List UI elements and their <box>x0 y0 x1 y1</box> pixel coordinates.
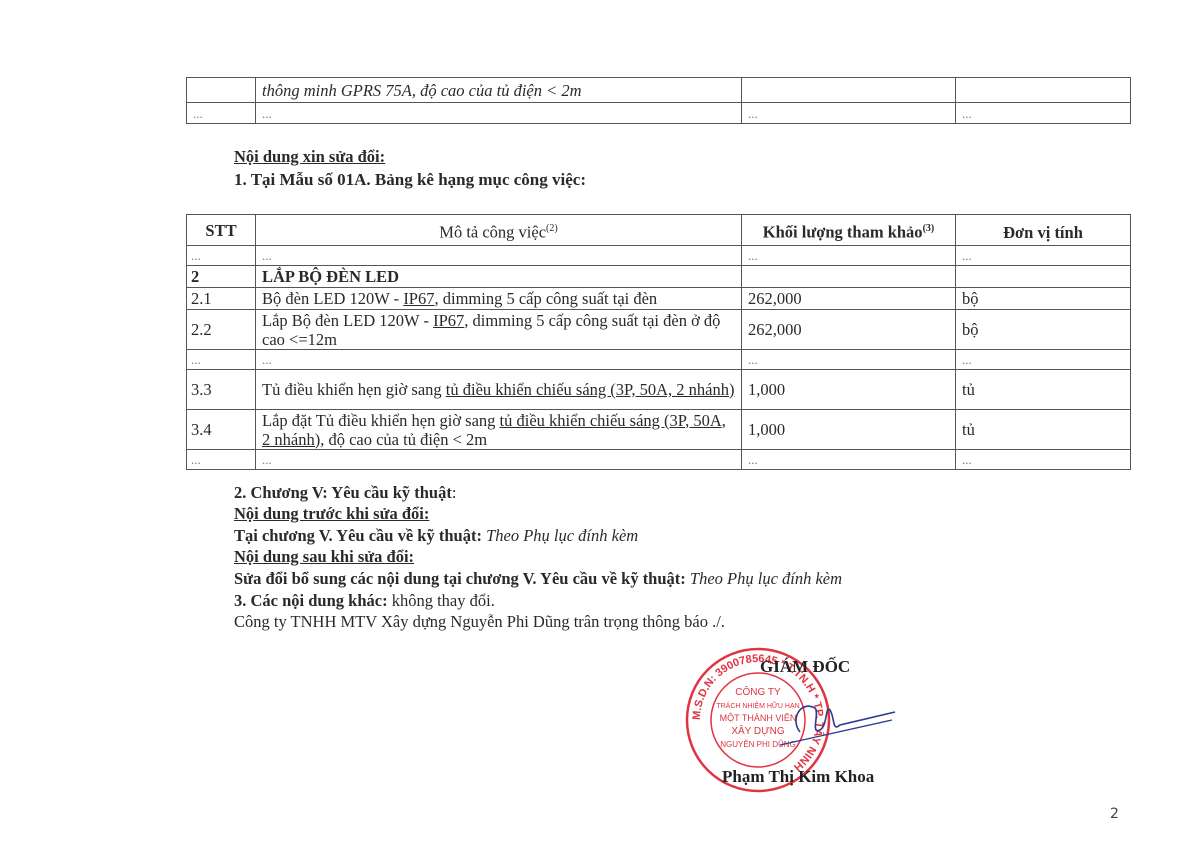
quantity-cell: ... <box>742 450 956 470</box>
table-row: 3.3 Tủ điều khiển hẹn giờ sang tủ điều k… <box>187 370 1131 410</box>
work-items-table: STT Mô tả công việc(2) Khối lượng tham k… <box>186 214 1131 470</box>
description-cell: Lắp đặt Tủ điều khiển hẹn giờ sang tủ đi… <box>256 410 742 450</box>
description-cell: ... <box>256 103 742 124</box>
item3-text: 3. Các nội dung khác: không thay đổi. <box>234 590 495 612</box>
header-quantity: Khối lượng tham khảo(3) <box>742 215 956 246</box>
signature-icon <box>760 690 900 750</box>
unit-cell: ... <box>956 350 1131 370</box>
signatory-name: Phạm Thị Kim Khoa <box>722 767 874 787</box>
page-number: 2 <box>1110 806 1119 822</box>
quantity-cell: ... <box>742 246 956 266</box>
before-change-heading: Nội dung trước khi sửa đổi: <box>234 503 429 525</box>
quantity-cell: 262,000 <box>742 288 956 310</box>
quantity-cell: 1,000 <box>742 410 956 450</box>
unit-cell: ... <box>956 103 1131 124</box>
after-change-text: Sửa đổi bổ sung các nội dung tại chương … <box>234 568 842 590</box>
description-cell: ... <box>256 246 742 266</box>
table-row: ... ... ... ... <box>187 350 1131 370</box>
unit-cell: tủ <box>956 410 1131 450</box>
stt-cell: ... <box>187 450 256 470</box>
description-cell: Bộ đèn LED 120W - IP67, dimming 5 cấp cô… <box>256 288 742 310</box>
table-header-row: STT Mô tả công việc(2) Khối lượng tham k… <box>187 215 1131 246</box>
description-cell: LẮP BỘ ĐÈN LED <box>256 266 742 288</box>
closing-text: Công ty TNHH MTV Xây dựng Nguyễn Phi Dũn… <box>234 611 725 633</box>
previous-work-table: thông minh GPRS 75A, độ cao của tủ điện … <box>186 77 1131 124</box>
stt-cell <box>187 78 256 103</box>
description-cell: Lắp Bộ đèn LED 120W - IP67, dimming 5 cấ… <box>256 310 742 350</box>
description-cell: thông minh GPRS 75A, độ cao của tủ điện … <box>256 78 742 103</box>
signatory-title: GIÁM ĐỐC <box>760 657 850 677</box>
item1-title: 1. Tại Mẫu số 01A. Bảng kê hạng mục công… <box>234 169 586 191</box>
stt-cell: 3.3 <box>187 370 256 410</box>
table-row: ... ... ... ... <box>187 450 1131 470</box>
table-row: 2 LẮP BỘ ĐÈN LED <box>187 266 1131 288</box>
unit-cell <box>956 78 1131 103</box>
quantity-cell <box>742 78 956 103</box>
stt-cell: 2.1 <box>187 288 256 310</box>
unit-cell: bộ <box>956 288 1131 310</box>
section-heading: Nội dung xin sửa đổi: <box>234 146 385 168</box>
table-row: ... ... ... ... <box>187 246 1131 266</box>
item2-title: 2. Chương V: Yêu cầu kỹ thuật: <box>234 482 456 504</box>
description-cell: ... <box>256 350 742 370</box>
header-description: Mô tả công việc(2) <box>256 215 742 246</box>
before-change-text: Tại chương V. Yêu cầu về kỹ thuật: Theo … <box>234 525 638 547</box>
description-cell: ... <box>256 450 742 470</box>
after-change-heading: Nội dung sau khi sửa đổi: <box>234 546 414 568</box>
description-cell: Tủ điều khiển hẹn giờ sang tủ điều khiển… <box>256 370 742 410</box>
table-row: 2.2 Lắp Bộ đèn LED 120W - IP67, dimming … <box>187 310 1131 350</box>
quantity-cell <box>742 266 956 288</box>
header-stt: STT <box>187 215 256 246</box>
table-row: thông minh GPRS 75A, độ cao của tủ điện … <box>187 78 1131 103</box>
unit-cell: ... <box>956 246 1131 266</box>
quantity-cell: 262,000 <box>742 310 956 350</box>
unit-cell: bộ <box>956 310 1131 350</box>
table-row: 2.1 Bộ đèn LED 120W - IP67, dimming 5 cấ… <box>187 288 1131 310</box>
document-page: thông minh GPRS 75A, độ cao của tủ điện … <box>0 0 1200 848</box>
stt-cell: 2.2 <box>187 310 256 350</box>
unit-cell: tủ <box>956 370 1131 410</box>
stt-cell: 3.4 <box>187 410 256 450</box>
stt-cell: 2 <box>187 266 256 288</box>
header-unit: Đơn vị tính <box>956 215 1131 246</box>
unit-cell: ... <box>956 450 1131 470</box>
table-row: ... ... ... ... <box>187 103 1131 124</box>
table-row: 3.4 Lắp đặt Tủ điều khiển hẹn giờ sang t… <box>187 410 1131 450</box>
quantity-cell: ... <box>742 350 956 370</box>
stt-cell: ... <box>187 350 256 370</box>
stt-cell: ... <box>187 103 256 124</box>
stt-cell: ... <box>187 246 256 266</box>
quantity-cell: 1,000 <box>742 370 956 410</box>
quantity-cell: ... <box>742 103 956 124</box>
unit-cell <box>956 266 1131 288</box>
